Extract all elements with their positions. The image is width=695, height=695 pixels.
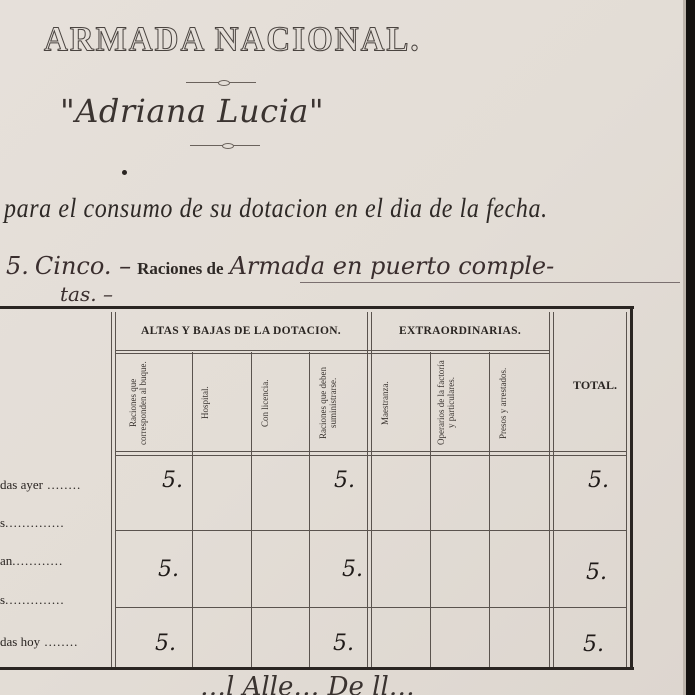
divider <box>549 312 550 667</box>
cell-value: 5. <box>583 632 604 657</box>
row-label: s.............. <box>0 592 110 608</box>
divider <box>626 312 627 667</box>
organization-title: ARMADA NACIONAL. <box>44 21 421 60</box>
divider <box>115 312 116 667</box>
ink-dot <box>122 170 127 175</box>
divider <box>553 312 554 667</box>
row-label-text: an <box>0 553 12 568</box>
col-header-operarios: Operarios de la factoría y particulares. <box>436 360 486 446</box>
rations-line: 5. Cinco. – Raciones de Armada en puerto… <box>6 252 554 281</box>
ration-type-cont: tas. – <box>60 282 113 306</box>
bottom-flourish <box>190 145 260 146</box>
top-flourish <box>186 82 256 83</box>
ration-type: Armada en puerto comple- <box>230 252 555 280</box>
row-rule <box>115 530 627 531</box>
divider <box>489 352 490 667</box>
cell-value: 5. <box>586 560 607 585</box>
divider <box>309 352 310 667</box>
col-header-raciones-buque: Raciones que corresponden al buque. <box>128 360 184 446</box>
purpose-line: para el consumo de su dotacion en el dia… <box>4 194 548 225</box>
cell-value: 5. <box>162 468 183 493</box>
table-bottom-rule <box>0 667 634 670</box>
divider <box>367 312 368 667</box>
group-rule <box>115 353 549 354</box>
page-edge <box>683 0 686 695</box>
col-header-presos: Presos y arrestados. <box>498 360 544 446</box>
divider <box>251 352 252 667</box>
row-label: das ayer ........ <box>0 477 110 493</box>
cell-value: 5. <box>158 557 179 582</box>
row-label-text: das ayer <box>0 477 43 492</box>
header-rule <box>115 451 627 452</box>
row-label: an............ <box>0 553 110 569</box>
row-label-text: das hoy <box>0 634 40 649</box>
divider <box>430 352 431 667</box>
cell-value: 5. <box>334 468 355 493</box>
table-right-border <box>630 306 633 670</box>
cell-value: 5. <box>155 631 176 656</box>
rations-label: Raciones de <box>137 259 223 278</box>
row-rule <box>115 607 627 608</box>
cell-value: 5. <box>342 557 363 582</box>
cell-value: 5. <box>333 631 354 656</box>
table-top-rule <box>0 306 634 309</box>
col-header-hospital: Hospital. <box>200 360 240 446</box>
ration-number: 5. <box>6 252 29 280</box>
group-header-extraordinarias: EXTRAORDINARIAS. <box>371 325 549 337</box>
row-label: s.............. <box>0 515 110 531</box>
cell-value: 5. <box>588 468 609 493</box>
divider <box>111 312 112 667</box>
divider <box>192 352 193 667</box>
page-edge-shadow <box>686 0 695 695</box>
ration-word: Cinco. – <box>35 252 131 280</box>
header-rule <box>115 455 627 456</box>
col-header-maestranza: Maestranza. <box>380 360 420 446</box>
divider <box>371 312 372 667</box>
col-header-total: TOTAL. <box>560 378 630 393</box>
group-rule <box>115 350 549 351</box>
group-header-altas-bajas: ALTAS Y BAJAS DE LA DOTACION. <box>115 325 367 337</box>
col-header-con-licencia: Con licencia. <box>260 360 300 446</box>
col-header-raciones-suministrar: Raciones que deben suministrarse. <box>318 360 364 446</box>
row-label: das hoy ........ <box>0 634 110 650</box>
ship-name: "Adriana Lucia" <box>60 92 324 130</box>
fill-line <box>300 282 680 283</box>
signature-partial: …l Alle… De ll… <box>200 672 415 695</box>
